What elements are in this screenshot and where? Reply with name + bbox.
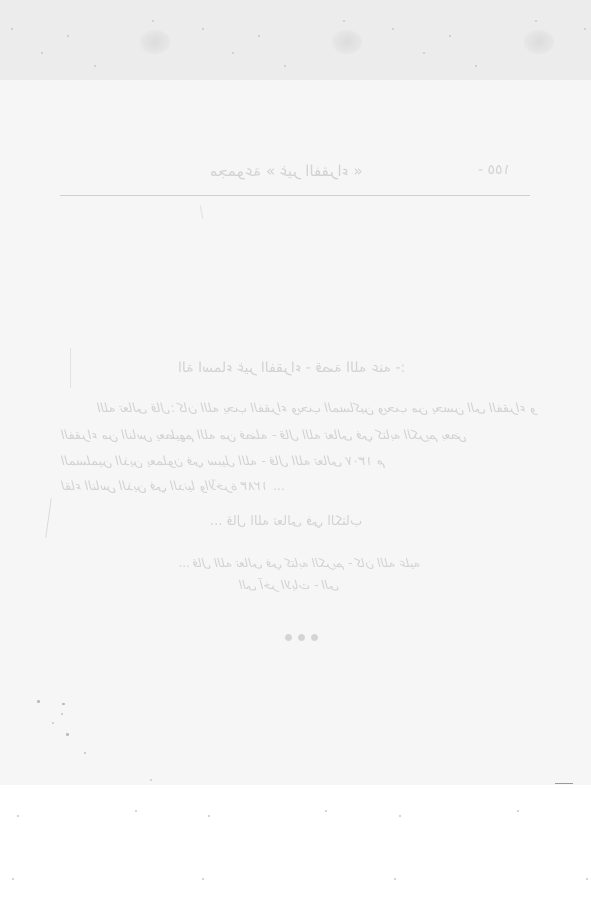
dust-speck	[423, 52, 425, 54]
separator-dot	[285, 634, 292, 641]
dust-speck	[66, 733, 69, 736]
scanner-bottom-band	[0, 785, 591, 906]
dust-speck	[399, 815, 401, 817]
dust-speck	[11, 28, 13, 30]
margin-mark	[70, 348, 71, 388]
separator-dot	[298, 634, 305, 641]
dust-speck	[41, 52, 43, 54]
edge-mark	[555, 783, 573, 784]
dust-speck	[84, 752, 86, 754]
dust-speck	[37, 700, 40, 703]
paragraph-line: المسلمين الذين يعملون في سبيل الله - قال…	[62, 453, 385, 468]
paragraph-line: لقاء الناس الذين في الدنيا والآخرة ١٢٨٣ …	[62, 478, 285, 493]
dust-speck	[586, 878, 588, 880]
dust-speck	[284, 65, 286, 67]
dust-speck	[62, 703, 65, 705]
section-separator	[285, 634, 318, 641]
section-heading: الة اسماء غير الفقراء - قصة الله عنه -:	[178, 360, 405, 376]
dust-speck	[475, 65, 477, 67]
dust-speck	[535, 20, 537, 22]
running-header-title: مجموعة « غير الفقراء »	[210, 162, 363, 180]
dust-speck	[12, 878, 14, 880]
paragraph-line: الفقراء من الناس يعطيهم الله من فضله - ق…	[62, 427, 467, 442]
dust-speck	[258, 35, 260, 37]
scanner-top-band	[0, 0, 591, 80]
dust-speck	[52, 722, 54, 724]
dust-speck	[392, 28, 394, 30]
page-number: ١٥٥ -	[478, 162, 510, 178]
dust-speck	[343, 20, 345, 22]
smudge	[524, 30, 554, 54]
dust-speck	[202, 28, 204, 30]
dust-speck	[135, 810, 137, 812]
dust-speck	[517, 810, 519, 812]
separator-dot	[311, 634, 318, 641]
dust-speck	[67, 35, 69, 37]
dust-speck	[150, 779, 152, 781]
footnote-line: ... قال الله تعالى في كتابه الكريم - كان…	[178, 556, 421, 570]
dust-speck	[232, 52, 234, 54]
paragraph-line: الله تعالى قال: كان الله يحب الفقراء ويح…	[98, 400, 536, 415]
footnote-line: الى آخر الايات - الى	[240, 578, 339, 592]
dust-speck	[584, 28, 586, 30]
sub-heading: ... قال الله تعالى في الكتاب	[210, 514, 362, 529]
dust-speck	[208, 815, 210, 817]
dust-speck	[325, 810, 327, 812]
dust-speck	[94, 65, 96, 67]
header-rule	[60, 195, 530, 196]
dust-speck	[394, 878, 396, 880]
dust-speck	[202, 878, 204, 880]
dust-speck	[61, 713, 63, 715]
dust-speck	[17, 815, 19, 817]
dust-speck	[449, 35, 451, 37]
smudge	[332, 30, 362, 54]
smudge	[140, 30, 170, 54]
dust-speck	[152, 20, 154, 22]
